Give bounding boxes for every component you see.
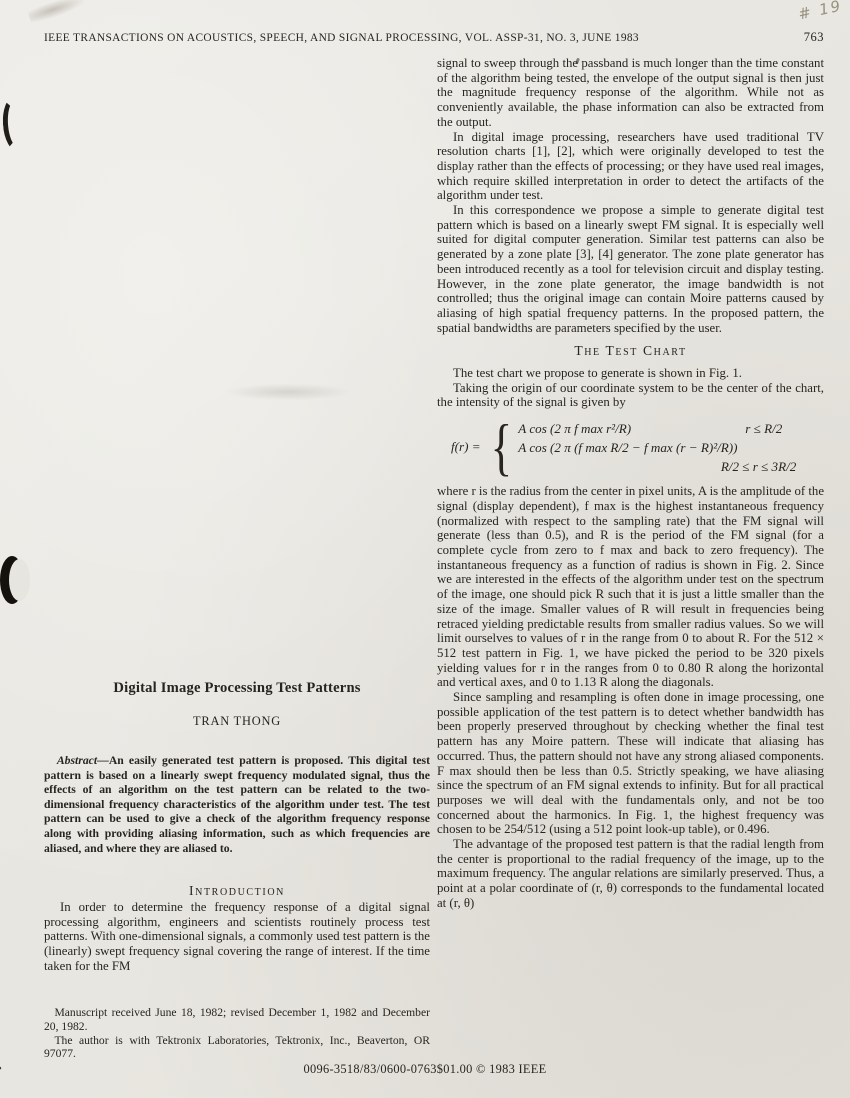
paragraph: In this correspondence we propose a simp… [437,203,824,335]
paragraph: In digital image processing, researchers… [437,130,824,204]
footnote-manuscript-received: Manuscript received June 18, 1982; revis… [44,1006,430,1034]
paragraph: The test chart we propose to generate is… [437,366,824,381]
page-number: 763 [804,30,824,45]
equation-case-1-condition: r ≤ R/2 [745,419,782,438]
scan-artifact-crescent-middle [0,556,24,604]
paragraph: where r is the radius from the center in… [437,484,824,690]
footnote-author-affiliation: The author is with Tektronix Laboratorie… [44,1034,430,1062]
section-heading-introduction: Introduction [44,883,430,899]
abstract-text: An easily generated test pattern is prop… [44,754,430,855]
equation-case-2-condition: R/2 ≤ r ≤ 3R/2 [518,457,810,476]
paragraph: Since sampling and resampling is often d… [437,690,824,837]
paragraph: signal to sweep through the passband is … [437,56,824,130]
equation-case-1-expression: A cos (2 π f max r²/R) [518,419,631,438]
paragraph: Taking the origin of our coordinate syst… [437,381,824,410]
section-heading-test-chart: The Test Chart [437,344,824,359]
equation-case-1: A cos (2 π f max r²/R) r ≤ R/2 [518,419,810,438]
article-author: TRAN THONG [44,714,430,729]
equation-lhs: f(r) = [451,440,481,455]
handwritten-annotation: # 19 [796,0,843,23]
scan-smudge-top-left [27,0,89,25]
journal-title: IEEE TRANSACTIONS ON ACOUSTICS, SPEECH, … [44,32,639,44]
abstract-label: Abstract— [57,754,109,767]
paragraph: The advantage of the proposed test patte… [437,837,824,911]
abstract: Abstract—An easily generated test patter… [44,754,430,856]
scanned-paper-page: # 19 IEEE TRANSACTIONS ON ACOUSTICS, SPE… [0,0,850,1098]
scan-smudge-middle [228,384,348,400]
copyright-footer: 0096-3518/83/0600-0763$01.00 © 1983 IEEE [0,1062,850,1077]
page-header: IEEE TRANSACTIONS ON ACOUSTICS, SPEECH, … [44,30,824,45]
equation-cases: A cos (2 π f max r²/R) r ≤ R/2 A cos (2 … [518,419,810,476]
footnotes: Manuscript received June 18, 1982; revis… [44,1006,430,1061]
scan-artifact-crescent-top [1,96,30,152]
article-title: Digital Image Processing Test Patterns [44,681,430,696]
right-column: signal to sweep through the passband is … [437,56,824,911]
introduction-paragraph: In order to determine the frequency resp… [44,900,430,974]
equation-fr-definition: f(r) = { A cos (2 π f max r²/R) r ≤ R/2 … [451,417,824,477]
equation-brace: { [490,417,512,477]
equation-case-2-expression: A cos (2 π (f max R/2 − f max (r − R)²/R… [518,438,810,457]
